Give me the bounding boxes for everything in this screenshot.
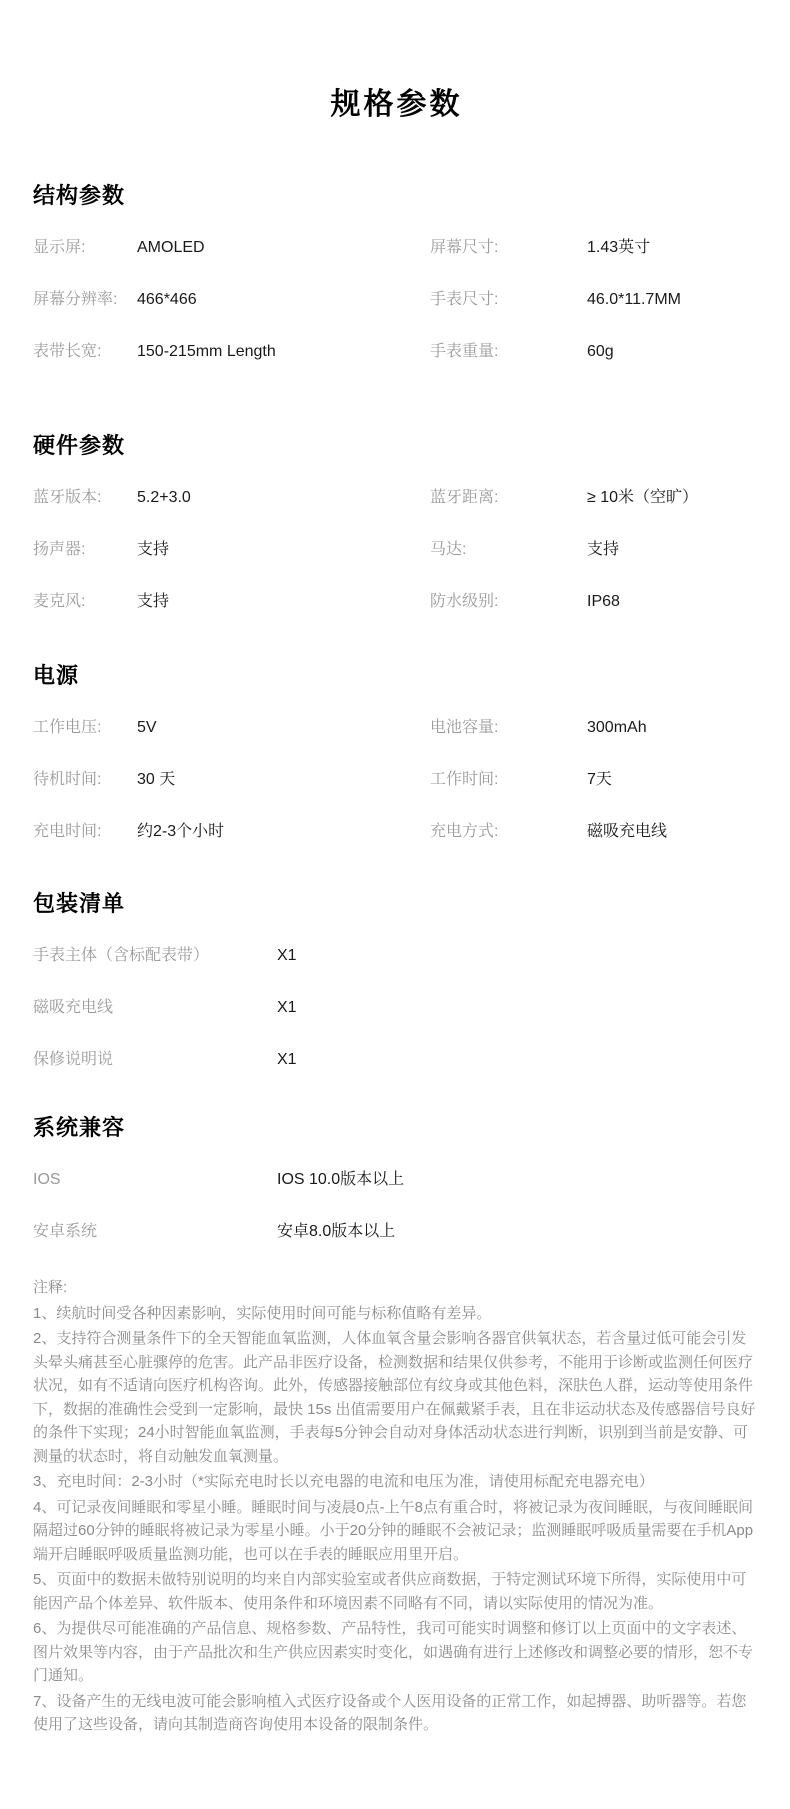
table-row: 显示屏: AMOLED 屏幕尺寸: 1.43英寸 [33,238,760,258]
note-item: 4、可记录夜间睡眠和零星小睡。睡眠时间与凌晨0点-上午8点有重合时，将被记录为夜… [33,1496,760,1567]
spec-value: IP68 [587,592,620,612]
spec-pair: 手表尺寸: 46.0*11.7MM [430,290,760,310]
spec-value: X1 [277,998,297,1018]
spec-pair: 防水级别: IP68 [430,592,760,612]
spec-label: 手表重量: [430,342,587,362]
table-row: 保修说明说 X1 [33,1050,760,1070]
spec-rows: 显示屏: AMOLED 屏幕尺寸: 1.43英寸 屏幕分辨率: 466*466 … [33,238,760,362]
spec-pair: 蓝牙版本: 5.2+3.0 [33,488,430,508]
section-power: 电源 工作电压: 5V 电池容量: 300mAh 待机时间: 30 天 工作时间… [33,664,760,842]
spec-value: 1.43英寸 [587,238,650,258]
spec-label: 防水级别: [430,592,587,612]
spec-pair: 手表重量: 60g [430,342,760,362]
spec-pair: 屏幕分辨率: 466*466 [33,290,430,310]
note-item: 3、充电时间：2-3小时（*实际充电时长以充电器的电流和电压为准，请使用标配充电… [33,1470,760,1494]
spec-label: 麦克风: [33,592,137,612]
spec-value: 46.0*11.7MM [587,290,681,310]
table-row: 充电时间: 约2-3个小时 充电方式: 磁吸充电线 [33,822,760,842]
spec-pair: 工作电压: 5V [33,718,430,738]
spec-label: 显示屏: [33,238,137,258]
table-row: 待机时间: 30 天 工作时间: 7天 [33,770,760,790]
spec-pair: 马达: 支持 [430,540,760,560]
spec-pair: 扬声器: 支持 [33,540,430,560]
table-row: 工作电压: 5V 电池容量: 300mAh [33,718,760,738]
spec-label: 表带长宽: [33,342,137,362]
notes-block: 注释: 1、续航时间受各种因素影响，实际使用时间可能与标称值略有差异。 2、支持… [33,1276,760,1737]
note-item: 7、设备产生的无线电波可能会影响植入式医疗设备或个人医用设备的正常工作，如起搏器… [33,1690,760,1737]
spec-label: 蓝牙版本: [33,488,137,508]
spec-label: 手表尺寸: [430,290,587,310]
spec-value: 466*466 [137,290,197,310]
table-row: 手表主体（含标配表带） X1 [33,946,760,966]
spec-pair: 充电时间: 约2-3个小时 [33,822,430,842]
spec-value: X1 [277,946,297,966]
section-structure: 结构参数 显示屏: AMOLED 屏幕尺寸: 1.43英寸 屏幕分辨率: 466… [33,184,760,362]
table-row: 安卓系统 安卓8.0版本以上 [33,1222,760,1242]
spec-value: 支持 [137,540,169,560]
spec-value: IOS 10.0版本以上 [277,1170,404,1190]
spec-pair: 电池容量: 300mAh [430,718,760,738]
spec-rows: 蓝牙版本: 5.2+3.0 蓝牙距离: ≥ 10米（空旷） 扬声器: 支持 马达… [33,488,760,612]
page-title: 规格参数 [33,90,760,120]
spec-pair: 充电方式: 磁吸充电线 [430,822,760,842]
spec-label: 安卓系统 [33,1222,277,1242]
spec-value: 7天 [587,770,612,790]
table-row: 屏幕分辨率: 466*466 手表尺寸: 46.0*11.7MM [33,290,760,310]
table-row: 扬声器: 支持 马达: 支持 [33,540,760,560]
table-row: 蓝牙版本: 5.2+3.0 蓝牙距离: ≥ 10米（空旷） [33,488,760,508]
spec-value: ≥ 10米（空旷） [587,488,698,508]
spec-label: 马达: [430,540,587,560]
spec-value: AMOLED [137,238,205,258]
spec-label: 屏幕分辨率: [33,290,137,310]
section-packing-list: 包装清单 手表主体（含标配表带） X1 磁吸充电线 X1 保修说明说 X1 [33,892,760,1070]
spec-label: 待机时间: [33,770,137,790]
section-title-structure: 结构参数 [33,184,760,208]
spec-value: 300mAh [587,718,647,738]
spec-rows: IOS IOS 10.0版本以上 安卓系统 安卓8.0版本以上 [33,1170,760,1242]
spec-label: 手表主体（含标配表带） [33,946,277,966]
section-compatibility: 系统兼容 IOS IOS 10.0版本以上 安卓系统 安卓8.0版本以上 [33,1116,760,1242]
spec-label: 工作时间: [430,770,587,790]
spec-pair: 屏幕尺寸: 1.43英寸 [430,238,760,258]
spec-value: 支持 [587,540,619,560]
note-item: 5、页面中的数据未做特别说明的均来自内部实验室或者供应商数据，于特定测试环境下所… [33,1568,760,1615]
spec-value: 5.2+3.0 [137,488,191,508]
spec-pair: 表带长宽: 150-215mm Length [33,342,430,362]
table-row: 麦克风: 支持 防水级别: IP68 [33,592,760,612]
note-item: 6、为提供尽可能准确的产品信息、规格参数、产品特性，我司可能实时调整和修订以上页… [33,1617,760,1688]
note-item: 1、续航时间受各种因素影响，实际使用时间可能与标称值略有差异。 [33,1302,760,1326]
spec-label: IOS [33,1170,277,1190]
spec-label: 蓝牙距离: [430,488,587,508]
spec-pair: 蓝牙距离: ≥ 10米（空旷） [430,488,760,508]
table-row: IOS IOS 10.0版本以上 [33,1170,760,1190]
spec-value: 约2-3个小时 [137,822,224,842]
spec-label: 电池容量: [430,718,587,738]
spec-pair: 待机时间: 30 天 [33,770,430,790]
spec-label: 磁吸充电线 [33,998,277,1018]
note-item: 2、支持符合测量条件下的全天智能血氧监测，人体血氧含量会影响各器官供氧状态，若含… [33,1327,760,1468]
spec-label: 扬声器: [33,540,137,560]
spec-value: 安卓8.0版本以上 [277,1222,395,1242]
spec-value: 支持 [137,592,169,612]
spec-page: 规格参数 结构参数 显示屏: AMOLED 屏幕尺寸: 1.43英寸 屏幕分辨率… [0,0,790,1809]
spec-rows: 手表主体（含标配表带） X1 磁吸充电线 X1 保修说明说 X1 [33,946,760,1070]
spec-label: 保修说明说 [33,1050,277,1070]
spec-label: 屏幕尺寸: [430,238,587,258]
spec-value: 60g [587,342,614,362]
table-row: 表带长宽: 150-215mm Length 手表重量: 60g [33,342,760,362]
spec-pair: 麦克风: 支持 [33,592,430,612]
section-hardware: 硬件参数 蓝牙版本: 5.2+3.0 蓝牙距离: ≥ 10米（空旷） 扬声器: … [33,434,760,612]
spec-label: 工作电压: [33,718,137,738]
section-title-power: 电源 [33,664,760,688]
spec-value: 150-215mm Length [137,342,276,362]
spec-pair: 显示屏: AMOLED [33,238,430,258]
spec-rows: 工作电压: 5V 电池容量: 300mAh 待机时间: 30 天 工作时间: 7… [33,718,760,842]
spec-value: 5V [137,718,157,738]
spec-label: 充电时间: [33,822,137,842]
spec-pair: 工作时间: 7天 [430,770,760,790]
spec-value: 磁吸充电线 [587,822,667,842]
spec-label: 充电方式: [430,822,587,842]
spec-value: X1 [277,1050,297,1070]
section-title-compatibility: 系统兼容 [33,1116,760,1140]
spec-value: 30 天 [137,770,175,790]
notes-title: 注释: [33,1276,760,1300]
section-title-packing-list: 包装清单 [33,892,760,916]
section-title-hardware: 硬件参数 [33,434,760,458]
table-row: 磁吸充电线 X1 [33,998,760,1018]
